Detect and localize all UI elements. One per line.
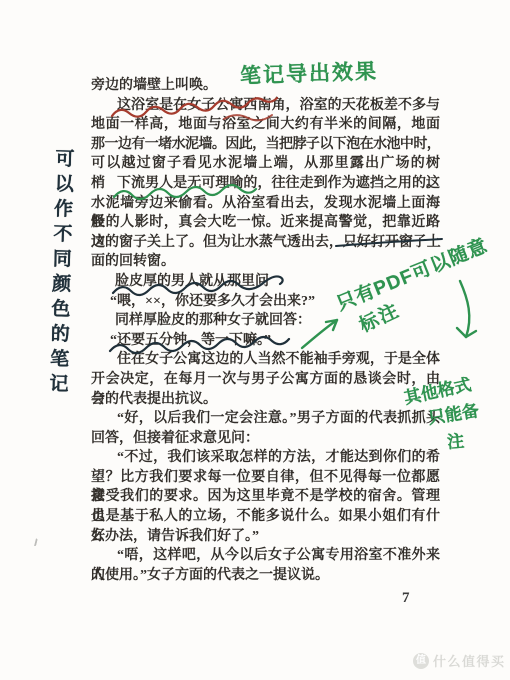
text-line: 可以越过窗子看见水泥墙上端，从那里露出广场的树梢。 (91, 154, 440, 174)
text-line: “还要五分钟，等一下嘛。” (91, 331, 440, 351)
text-line: 开会决定，在每月一次与男子公寓方面的恳谈会时，由与 (91, 370, 440, 390)
text-line: 那一边有一堵水泥墙。因此，当把脖子以下泡在水池中时， (91, 135, 440, 155)
scan-stray-mark (31, 538, 38, 547)
text-line: 这浴室是在女子公寓西南角，浴室的天花板差不多与 (91, 96, 440, 116)
text-line: 会的代表提出抗议。 (91, 390, 440, 410)
text-line: 望？比方我们要求每一位要自律，但不见得每一位都愿意 (91, 468, 440, 488)
page-number: 7 (402, 590, 410, 607)
text-line: 地面一样高，地面与浴室之间大约有半米的间隔，地面 (91, 115, 440, 135)
text-line: 人使用。”女子方面的代表之一提议说。 (91, 566, 440, 586)
smzdm-logo-icon: 值 (413, 653, 429, 669)
green-arrow-long (457, 281, 476, 337)
text-line: 下流男人是无可理喻的，往往走到作为遮挡之用的这 (91, 174, 440, 194)
printed-text-column: 旁边的墙壁上叫唤。 这浴室是在女子公寓西南角，浴室的天花板差不多与 地面一样高，… (91, 76, 440, 585)
text-line: 边的窗子关上了。但为让水蒸气透出去，只好打开窗子上 (91, 233, 440, 253)
text-line: “唔，这样吧，从今以后女子公寓专用浴室不准外来的 (91, 546, 440, 566)
text-line: “不过，我们该采取怎样的方法，才能达到你们的希 (91, 448, 440, 468)
handwritten-export-note: 笔记导出效果 (239, 55, 378, 90)
text-line: 住在女子公寓这边的人当然不能袖手旁观，于是全体 (91, 350, 440, 370)
watermark-text: 什么值得买 (433, 651, 506, 670)
text-line: 回答，但接着征求意见问： (91, 429, 440, 449)
text-line: 好办法，请告诉我们好了。” (91, 527, 440, 547)
watermark: 值 什么值得买 (413, 651, 506, 670)
text-line: 接受我们的要求。因为这里毕竟不是学校的宿舍。管理员 (91, 487, 440, 507)
text-line: “好，以后我们一定会注意。”男子方面的代表抓抓头 (91, 409, 440, 429)
text-line: 水泥墙旁边来偷看。从浴室看出去，发现水泥墙上面海怪 (91, 194, 440, 214)
handwritten-margin-note: 可以作不同颜色的笔记 (42, 148, 76, 429)
text-line: 般的人影时，真会大吃一惊。近来提高警觉，把靠近路这 (91, 213, 440, 233)
handwritten-format-note-3: 注 (446, 427, 465, 453)
text-line: 也是基于私人的立场，不能多说什么。如果小姐们有什么 (91, 507, 440, 527)
scanned-book-page: 旁边的墙壁上叫唤。 这浴室是在女子公寓西南角，浴室的天花板差不多与 地面一样高，… (0, 0, 510, 680)
